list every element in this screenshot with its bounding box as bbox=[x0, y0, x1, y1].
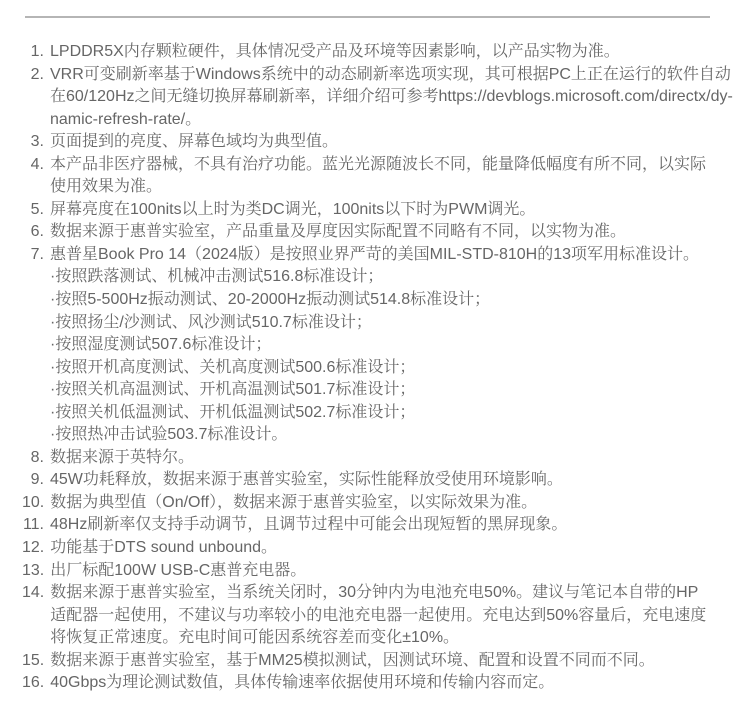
footnote-text: 45W功耗释放，数据来源于惠普实验室，实际性能释放受使用环境影响。 bbox=[50, 469, 750, 492]
footnote-line: 数据为典型值（On/Off），数据来源于惠普实验室，以实际效果为准。 bbox=[50, 492, 750, 515]
footnote-text: 数据来源于惠普实验室，基于MM25模拟测试，因测试环境、配置和设置不同而不同。 bbox=[50, 650, 750, 673]
footnote-line: 出厂标配100W USB-C惠普充电器。 bbox=[50, 560, 750, 583]
footnote-line: ·按照5-500Hz振动测试、20-2000Hz振动测试514.8标准设计； bbox=[50, 289, 750, 312]
footnote-list: 1.LPDDR5X内存颗粒硬件，具体情况受产品及环境等因素影响，以产品实物为准。… bbox=[0, 41, 750, 695]
footnote-line: 适配器一起使用，不建议与功率较小的电池充电器一起使用。充电达到50%容量后，充电… bbox=[50, 605, 750, 628]
footnote-line: 45W功耗释放，数据来源于惠普实验室，实际性能释放受使用环境影响。 bbox=[50, 469, 750, 492]
footnote-line: ·按照扬尘/沙测试、风沙测试510.7标准设计； bbox=[50, 312, 750, 335]
footnote-number: 4. bbox=[22, 154, 44, 177]
footnote-line: 数据来源于惠普实验室，基于MM25模拟测试，因测试环境、配置和设置不同而不同。 bbox=[50, 650, 750, 673]
footnote-item: 10.数据为典型值（On/Off），数据来源于惠普实验室，以实际效果为准。 bbox=[0, 492, 750, 515]
footnote-text: LPDDR5X内存颗粒硬件，具体情况受产品及环境等因素影响，以产品实物为准。 bbox=[50, 41, 750, 64]
footnote-line: 将恢复正常速度。充电时间可能因系统容差而变化±10%。 bbox=[50, 627, 750, 650]
footnote-line: 功能基于DTS sound unbound。 bbox=[50, 537, 750, 560]
footnote-line: ·按照湿度测试507.6标准设计； bbox=[50, 334, 750, 357]
footnote-item: 7.惠普星Book Pro 14（2024版）是按照业界严苛的美国MIL-STD… bbox=[0, 244, 750, 447]
footnote-line: 40Gbps为理论测试数值，具体传输速率依据使用环境和传输内容而定。 bbox=[50, 672, 750, 695]
footnote-number: 5. bbox=[22, 199, 44, 222]
footnote-line: ·按照热冲击试验503.7标准设计。 bbox=[50, 424, 750, 447]
footnote-number: 6. bbox=[22, 221, 44, 244]
footnote-line: 在60/120Hz之间无缝切换屏幕刷新率，详细介绍可参考https://devb… bbox=[50, 86, 750, 109]
footnote-text: 48Hz刷新率仅支持手动调节，且调节过程中可能会出现短暂的黑屏现象。 bbox=[50, 514, 750, 537]
footnote-line: LPDDR5X内存颗粒硬件，具体情况受产品及环境等因素影响，以产品实物为准。 bbox=[50, 41, 750, 64]
footnote-number: 12. bbox=[22, 537, 44, 560]
footnote-line: 页面提到的亮度、屏幕色域均为典型值。 bbox=[50, 131, 750, 154]
footnote-number: 7. bbox=[22, 244, 44, 267]
footnote-text: 数据来源于惠普实验室，产品重量及厚度因实际配置不同略有不同，以实物为准。 bbox=[50, 221, 750, 244]
footnote-text: VRR可变刷新率基于Windows系统中的动态刷新率选项实现，其可根据PC上正在… bbox=[50, 64, 750, 132]
footnote-line: namic-refresh-rate/。 bbox=[50, 109, 750, 132]
footnote-number: 9. bbox=[22, 469, 44, 492]
footnote-line: 数据来源于惠普实验室，产品重量及厚度因实际配置不同略有不同，以实物为准。 bbox=[50, 221, 750, 244]
footnote-item: 4.本产品非医疗器械，不具有治疗功能。蓝光光源随波长不同，能量降低幅度有所不同，… bbox=[0, 154, 750, 199]
footnote-item: 2.VRR可变刷新率基于Windows系统中的动态刷新率选项实现，其可根据PC上… bbox=[0, 64, 750, 132]
footnote-text: 数据来源于英特尔。 bbox=[50, 447, 750, 470]
footnote-item: 11.48Hz刷新率仅支持手动调节，且调节过程中可能会出现短暂的黑屏现象。 bbox=[0, 514, 750, 537]
footnote-text: 本产品非医疗器械，不具有治疗功能。蓝光光源随波长不同，能量降低幅度有所不同，以实… bbox=[50, 154, 750, 199]
footnote-item: 12.功能基于DTS sound unbound。 bbox=[0, 537, 750, 560]
footnote-item: 3.页面提到的亮度、屏幕色域均为典型值。 bbox=[0, 131, 750, 154]
footnote-number: 2. bbox=[22, 64, 44, 87]
footnote-line: ·按照开机高度测试、关机高度测试500.6标准设计； bbox=[50, 357, 750, 380]
footnote-line: 屏幕亮度在100nits以上时为类DC调光，100nits以下时为PWM调光。 bbox=[50, 199, 750, 222]
footnote-text: 页面提到的亮度、屏幕色域均为典型值。 bbox=[50, 131, 750, 154]
footnote-number: 13. bbox=[22, 560, 44, 583]
footnote-item: 5.屏幕亮度在100nits以上时为类DC调光，100nits以下时为PWM调光… bbox=[0, 199, 750, 222]
footnote-line: 数据来源于英特尔。 bbox=[50, 447, 750, 470]
footnote-number: 3. bbox=[22, 131, 44, 154]
footnote-line: 数据来源于惠普实验室，当系统关闭时，30分钟内为电池充电50%。建议与笔记本自带… bbox=[50, 582, 750, 605]
footnote-number: 10. bbox=[22, 492, 44, 515]
footnote-line: 惠普星Book Pro 14（2024版）是按照业界严苛的美国MIL-STD-8… bbox=[50, 244, 750, 267]
footnote-item: 6.数据来源于惠普实验室，产品重量及厚度因实际配置不同略有不同，以实物为准。 bbox=[0, 221, 750, 244]
footnote-line: 48Hz刷新率仅支持手动调节，且调节过程中可能会出现短暂的黑屏现象。 bbox=[50, 514, 750, 537]
footnote-item: 15.数据来源于惠普实验室，基于MM25模拟测试，因测试环境、配置和设置不同而不… bbox=[0, 650, 750, 673]
footnote-text: 屏幕亮度在100nits以上时为类DC调光，100nits以下时为PWM调光。 bbox=[50, 199, 750, 222]
footnotes-page: 1.LPDDR5X内存颗粒硬件，具体情况受产品及环境等因素影响，以产品实物为准。… bbox=[0, 0, 750, 704]
footnote-text: 功能基于DTS sound unbound。 bbox=[50, 537, 750, 560]
footnote-line: VRR可变刷新率基于Windows系统中的动态刷新率选项实现，其可根据PC上正在… bbox=[50, 64, 750, 87]
footnote-item: 14.数据来源于惠普实验室，当系统关闭时，30分钟内为电池充电50%。建议与笔记… bbox=[0, 582, 750, 650]
footnote-text: 惠普星Book Pro 14（2024版）是按照业界严苛的美国MIL-STD-8… bbox=[50, 244, 750, 447]
footnote-line: 使用效果为准。 bbox=[50, 176, 750, 199]
footnote-text: 40Gbps为理论测试数值，具体传输速率依据使用环境和传输内容而定。 bbox=[50, 672, 750, 695]
footnote-item: 1.LPDDR5X内存颗粒硬件，具体情况受产品及环境等因素影响，以产品实物为准。 bbox=[0, 41, 750, 64]
footnote-item: 16.40Gbps为理论测试数值，具体传输速率依据使用环境和传输内容而定。 bbox=[0, 672, 750, 695]
footnote-text: 出厂标配100W USB-C惠普充电器。 bbox=[50, 560, 750, 583]
footnote-line: ·按照关机高温测试、开机高温测试501.7标准设计； bbox=[50, 379, 750, 402]
footnote-item: 8.数据来源于英特尔。 bbox=[0, 447, 750, 470]
footnote-number: 14. bbox=[22, 582, 44, 605]
footnote-text: 数据来源于惠普实验室，当系统关闭时，30分钟内为电池充电50%。建议与笔记本自带… bbox=[50, 582, 750, 650]
footnote-item: 9.45W功耗释放，数据来源于惠普实验室，实际性能释放受使用环境影响。 bbox=[0, 469, 750, 492]
footnote-number: 1. bbox=[22, 41, 44, 64]
footnote-line: ·按照跌落测试、机械冲击测试516.8标准设计； bbox=[50, 266, 750, 289]
footnote-number: 16. bbox=[22, 672, 44, 695]
footnote-number: 15. bbox=[22, 650, 44, 673]
footnote-line: ·按照关机低温测试、开机低温测试502.7标准设计； bbox=[50, 402, 750, 425]
footnote-line: 本产品非医疗器械，不具有治疗功能。蓝光光源随波长不同，能量降低幅度有所不同，以实… bbox=[50, 154, 750, 177]
top-divider bbox=[25, 16, 710, 18]
footnote-item: 13.出厂标配100W USB-C惠普充电器。 bbox=[0, 560, 750, 583]
footnote-number: 11. bbox=[22, 514, 44, 537]
footnote-text: 数据为典型值（On/Off），数据来源于惠普实验室，以实际效果为准。 bbox=[50, 492, 750, 515]
footnote-number: 8. bbox=[22, 447, 44, 470]
